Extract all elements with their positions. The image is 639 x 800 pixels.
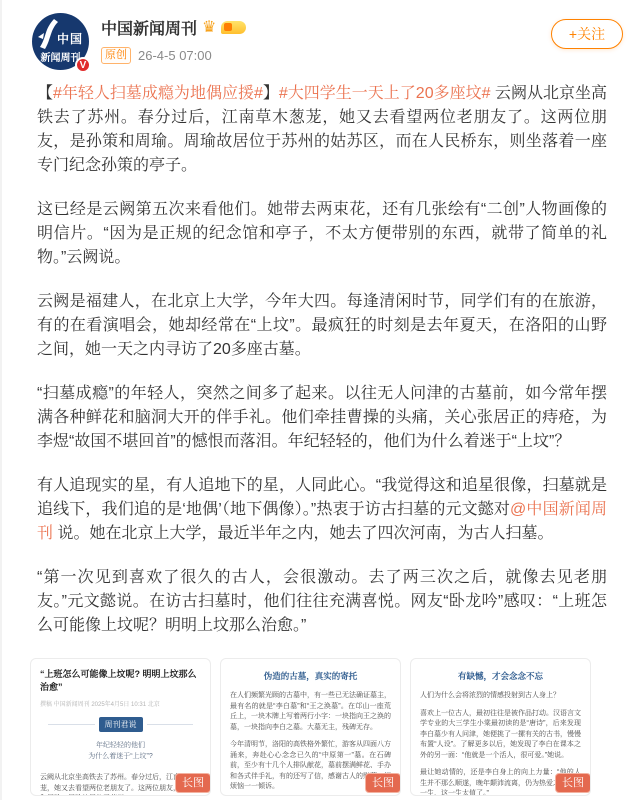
long-image-card-2[interactable]: 伪造的古墓，真实的寄托 在人们频繁光顾的古墓中，有一些已无法确证墓主，最有名的就… bbox=[220, 658, 401, 796]
text-segment: 云阙是福建人，在北京上大学，今年大四。每逢清闲时节，同学们有的在旅游，有的在看演… bbox=[37, 293, 607, 358]
card-title: “上班怎么可能像上坟呢? 明明上坟那么治愈” bbox=[40, 668, 201, 694]
weekly-says-badge: 周刊君说 bbox=[99, 717, 143, 732]
membership-badge-icon bbox=[221, 21, 246, 34]
card-intro-line: 年纪轻轻的他们 bbox=[40, 740, 201, 751]
post-paragraph: 【#年轻人扫墓成瘾为地偶应援#】#大四学生一天上了20多座坟# 云阙从北京坐高铁… bbox=[37, 82, 607, 178]
original-badge: 原创 bbox=[101, 47, 131, 64]
follow-button[interactable]: +关注 bbox=[551, 19, 623, 49]
username[interactable]: 中国新闻周刊 bbox=[101, 16, 197, 39]
card-intro: 年纪轻轻的他们 为什么着迷于“上坟”? bbox=[40, 740, 201, 762]
long-image-badge: 长图 bbox=[555, 773, 591, 793]
card-body-text: 在人们频繁光顾的古墓中，有一些已无法确证墓主，最有名的就是“李白墓”和“王之涣墓… bbox=[230, 691, 391, 733]
text-segment: 说。她在北京上大学，最近半年之内，她去了四次河南，为古人扫墓。 bbox=[53, 525, 553, 542]
post-paragraph: “扫墓成瘾”的年轻人，突然之间多了起来。以往无人问津的古墓前，如今常年摆满各种鲜… bbox=[37, 382, 607, 454]
text-segment: 】 bbox=[263, 85, 279, 102]
long-image-badge: 长图 bbox=[175, 773, 211, 793]
attachment-cards: “上班怎么可能像上坟呢? 明明上坟那么治愈” 撰稿 中国新闻周刊 2025年4月… bbox=[30, 658, 591, 796]
hashtag-link[interactable]: #年轻人扫墓成瘾为地偶应援# bbox=[53, 85, 263, 102]
post-paragraph: 有人追现实的星，有人追地下的星，人同此心。“我觉得这和追星很像，扫墓就是追线下，… bbox=[37, 474, 607, 546]
verified-badge-icon: V bbox=[75, 57, 91, 73]
text-segment: 这已经是云阙第五次来看他们。她带去两束花，还有几张绘有“二创”人物画像的明信片。… bbox=[37, 201, 607, 266]
avatar-text-top: 中国 bbox=[57, 30, 83, 47]
header-meta: 中国新闻周刊 ♛ 原创 26-4-5 07:00 bbox=[101, 13, 246, 64]
card-heading: 有缺憾，才会念念不忘 bbox=[420, 670, 581, 682]
card-badge-row: 周刊君说 bbox=[48, 717, 193, 732]
avatar[interactable]: 中国 新闻周刊 V bbox=[32, 13, 89, 70]
post-header: 中国 新闻周刊 V 中国新闻周刊 ♛ 原创 26-4-5 07:00 +关注 bbox=[2, 0, 639, 72]
long-image-badge: 长图 bbox=[365, 773, 401, 793]
hashtag-link[interactable]: #大四学生一天上了20多座坟# bbox=[279, 85, 491, 102]
post-content: 【#年轻人扫墓成瘾为地偶应援#】#大四学生一天上了20多座坟# 云阙从北京坐高铁… bbox=[2, 72, 639, 638]
long-image-card-3[interactable]: 有缺憾，才会念念不忘 人们为什么会将浓烈的情感投射到古人身上？ 喜欢上一位古人，… bbox=[410, 658, 591, 796]
text-segment: “扫墓成瘾”的年轻人，突然之间多了起来。以往无人问津的古墓前，如今常年摆满各种鲜… bbox=[37, 385, 607, 450]
timestamp: 26-4-5 07:00 bbox=[138, 48, 212, 63]
post-paragraph: 云阙是福建人，在北京上大学，今年大四。每逢清闲时节，同学们有的在旅游，有的在看演… bbox=[37, 290, 607, 362]
weibo-post: 中国 新闻周刊 V 中国新闻周刊 ♛ 原创 26-4-5 07:00 +关注 【… bbox=[0, 0, 639, 800]
post-paragraph: 这已经是云阙第五次来看他们。她带去两束花，还有几张绘有“二创”人物画像的明信片。… bbox=[37, 198, 607, 270]
post-paragraph: “第一次见到喜欢了很久的古人，会很激动。去了两三次之后，就像去见老朋友。”元文懿… bbox=[37, 566, 607, 638]
text-segment: “第一次见到喜欢了很久的古人，会很激动。去了两三次之后，就像去见老朋友。”元文懿… bbox=[37, 569, 607, 634]
crown-icon: ♛ bbox=[202, 20, 216, 36]
card-heading: 伪造的古墓，真实的寄托 bbox=[230, 670, 391, 682]
card-meta: 撰稿 中国新闻周刊 2025年4月5日 10:31 北京 bbox=[40, 699, 201, 708]
card-body-text: 人们为什么会将浓烈的情感投射到古人身上？ bbox=[420, 691, 581, 702]
card-intro-line: 为什么着迷于“上坟”? bbox=[40, 751, 201, 762]
long-image-card-1[interactable]: “上班怎么可能像上坟呢? 明明上坟那么治愈” 撰稿 中国新闻周刊 2025年4月… bbox=[30, 658, 211, 796]
text-segment: 【 bbox=[37, 85, 53, 102]
card-body-text: 喜欢上一位古人，最初往往是被作品打动。汉语言文学专业的大三学生小棠最初读的是“唐… bbox=[420, 709, 581, 762]
